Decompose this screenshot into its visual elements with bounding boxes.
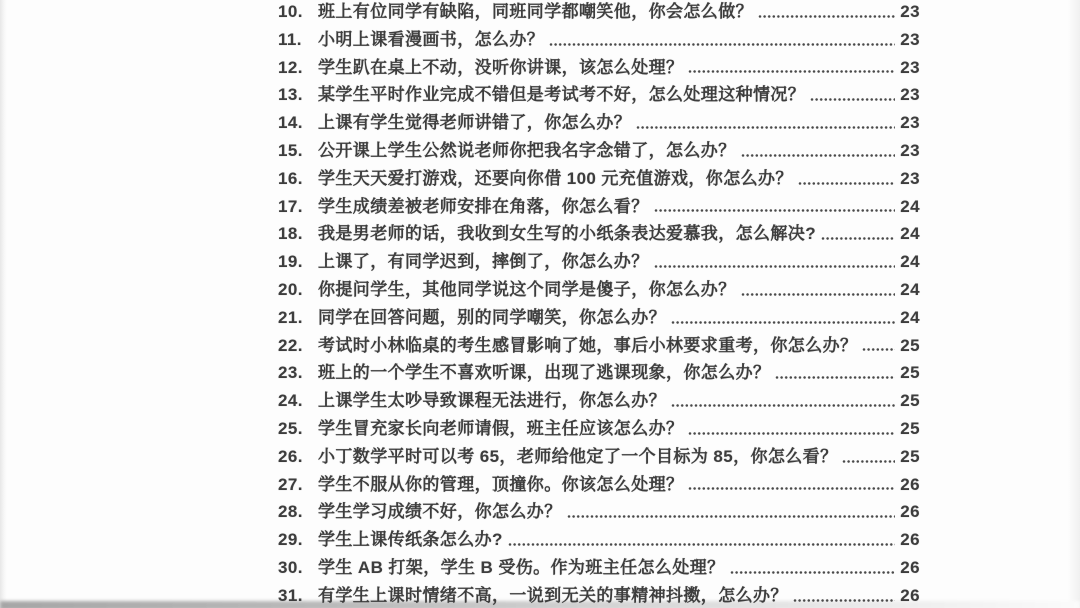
toc-entry-number: 14.	[278, 113, 308, 133]
toc-entry: 29. 学生上课传纸条怎么办? 26	[278, 525, 920, 553]
toc-entry-page-number: 23	[898, 141, 920, 161]
toc-entry-title: 同学在回答问题，别的同学嘲笑，你怎么办？	[318, 303, 666, 328]
toc-entry-title: 我是男老师的话，我收到女生写的小纸条表达爱慕我，怎么解决?	[318, 219, 816, 244]
toc-entry: 16. 学生天天爱打游戏，还要向你借 100 元充值游戏，你怎么办？ 23	[278, 164, 920, 192]
toc-entry-number: 21.	[278, 308, 308, 328]
toc-entry-title: 学生成绩差被老师安排在角落，你怎么看？	[318, 192, 649, 217]
toc-entry-number: 30.	[278, 558, 308, 578]
toc-entry-page-number: 26	[898, 530, 920, 550]
toc-entry: 15. 公开课上学生公然说老师你把我名字念错了，怎么办？ 23	[278, 136, 920, 164]
toc-entry: 17. 学生成绩差被老师安排在角落，你怎么看？ 24	[278, 192, 920, 220]
dot-leader	[671, 404, 895, 407]
dot-leader	[671, 321, 895, 324]
toc-entry-title: 上课了，有同学迟到，摔倒了，你怎么办？	[318, 247, 649, 272]
dot-leader	[549, 43, 895, 46]
toc-entry-title: 上课学生太吵导致课程无法进行，你怎么办？	[318, 386, 666, 411]
toc-entry-page-number: 23	[898, 30, 920, 50]
toc-entry-number: 26.	[278, 447, 308, 467]
toc-entry: 28. 学生学习成绩不好，你怎么办？ 26	[278, 497, 920, 525]
toc-entry-title: 学生天天爱打游戏，还要向你借 100 元充值游戏，你怎么办？	[318, 164, 793, 189]
toc-entry-number: 27.	[278, 475, 308, 495]
toc-entry-page-number: 24	[898, 224, 920, 244]
toc-entry-title: 有学生上课时情绪不高，一说到无关的事精神抖擞，怎么办？	[318, 581, 788, 606]
toc-entry-number: 18.	[278, 224, 308, 244]
dot-leader	[775, 376, 895, 379]
toc-entry: 11. 小明上课看漫画书，怎么办？ 23	[278, 25, 920, 53]
toc-entry: 13. 某学生平时作业完成不错但是考试考不好，怎么处理这种情况？ 23	[278, 80, 920, 108]
toc-entry-number: 13.	[278, 85, 308, 105]
document-page: 10. 班上有位同学有缺陷，同班同学都嘲笑他，你会怎么做？ 23 11. 小明上…	[0, 0, 1080, 608]
toc-entry-page-number: 25	[898, 336, 920, 356]
dot-leader	[810, 98, 895, 101]
toc-entry: 19. 上课了，有同学迟到，摔倒了，你怎么办？ 24	[278, 247, 920, 275]
toc-entry: 21. 同学在回答问题，别的同学嘲笑，你怎么办？ 24	[278, 303, 920, 331]
toc-entry-title: 你提问学生，其他同学说这个同学是傻子，你怎么办？	[318, 275, 736, 300]
dot-leader	[842, 460, 895, 463]
dot-leader	[508, 543, 895, 546]
toc-entry-title: 上课有学生觉得老师讲错了，你怎么办？	[318, 108, 631, 133]
page-left-edge-shadow	[0, 0, 7, 608]
toc-entry: 10. 班上有位同学有缺陷，同班同学都嘲笑他，你会怎么做？ 23	[278, 0, 920, 25]
toc-entry-number: 23.	[278, 363, 308, 383]
toc-entry-title: 班上的一个学生不喜欢听课，出现了逃课现象，你怎么办？	[318, 358, 770, 383]
dot-leader	[688, 487, 895, 490]
toc-entry: 26. 小丁数学平时可以考 65，老师给他定了一个目标为 85，你怎么看？ 25	[278, 442, 920, 470]
toc-entry-number: 12.	[278, 58, 308, 78]
toc-entry-page-number: 26	[898, 558, 920, 578]
toc-entry-title: 考试时小林临桌的考生感冒影响了她，事后小林要求重考，你怎么办？	[318, 331, 857, 356]
dot-leader	[688, 432, 895, 435]
toc-entry-page-number: 23	[898, 58, 920, 78]
toc-entry-page-number: 25	[898, 419, 920, 439]
toc-entry-title: 学生冒充家长向老师请假，班主任应该怎么办？	[318, 414, 683, 439]
toc-entry-page-number: 23	[898, 85, 920, 105]
dot-leader	[758, 15, 895, 18]
toc-entry-number: 10.	[278, 2, 308, 22]
toc-entry-number: 31.	[278, 586, 308, 606]
toc-entry-page-number: 26	[898, 502, 920, 522]
toc-entry-title: 学生 AB 打架，学生 B 受伤。作为班主任怎么处理？	[318, 553, 725, 578]
toc-entry-number: 25.	[278, 419, 308, 439]
toc-entry-page-number: 23	[898, 113, 920, 133]
toc-entry-page-number: 25	[898, 447, 920, 467]
toc-entry-page-number: 26	[898, 586, 920, 606]
toc-entry-page-number: 24	[898, 252, 920, 272]
toc-entry: 23. 班上的一个学生不喜欢听课，出现了逃课现象，你怎么办？ 25	[278, 358, 920, 386]
dot-leader	[654, 265, 895, 268]
toc-entry: 12. 学生趴在桌上不动，没听你讲课，该怎么处理？ 23	[278, 53, 920, 81]
toc-entry: 31. 有学生上课时情绪不高，一说到无关的事精神抖擞，怎么办？ 26	[278, 581, 920, 608]
dot-leader	[654, 209, 895, 212]
toc-entry-title: 某学生平时作业完成不错但是考试考不好，怎么处理这种情况？	[318, 80, 805, 105]
dot-leader	[862, 348, 895, 351]
toc-entry-title: 小丁数学平时可以考 65，老师给他定了一个目标为 85，你怎么看？	[318, 442, 837, 467]
toc-entry: 27. 学生不服从你的管理，顶撞你。你该怎么处理？ 26	[278, 470, 920, 498]
toc-entry-page-number: 26	[898, 475, 920, 495]
toc-entry-page-number: 25	[898, 391, 920, 411]
dot-leader	[741, 154, 895, 157]
toc-entry-page-number: 24	[898, 280, 920, 300]
dot-leader	[688, 70, 895, 73]
toc-entry-number: 11.	[278, 30, 308, 50]
toc-entry-title: 班上有位同学有缺陷，同班同学都嘲笑他，你会怎么做？	[318, 0, 753, 22]
toc-entry-title: 公开课上学生公然说老师你把我名字念错了，怎么办？	[318, 136, 736, 161]
toc-entry: 20. 你提问学生，其他同学说这个同学是傻子，你怎么办？ 24	[278, 275, 920, 303]
toc-entry-page-number: 24	[898, 197, 920, 217]
toc-entry: 14. 上课有学生觉得老师讲错了，你怎么办？ 23	[278, 108, 920, 136]
dot-leader	[741, 293, 895, 296]
toc-entry-page-number: 25	[898, 363, 920, 383]
toc-entry: 24. 上课学生太吵导致课程无法进行，你怎么办？ 25	[278, 386, 920, 414]
dot-leader	[636, 126, 895, 129]
toc-entry-number: 29.	[278, 530, 308, 550]
toc-entry-page-number: 24	[898, 308, 920, 328]
toc-entry: 22. 考试时小林临桌的考生感冒影响了她，事后小林要求重考，你怎么办？ 25	[278, 331, 920, 359]
toc-entry-title: 小明上课看漫画书，怎么办？	[318, 25, 544, 50]
dot-leader	[821, 237, 895, 240]
toc-entry-number: 20.	[278, 280, 308, 300]
toc-list: 10. 班上有位同学有缺陷，同班同学都嘲笑他，你会怎么做？ 23 11. 小明上…	[278, 0, 920, 608]
toc-entry-number: 22.	[278, 336, 308, 356]
toc-entry-title: 学生趴在桌上不动，没听你讲课，该怎么处理？	[318, 53, 683, 78]
page-right-edge-shadow	[1068, 0, 1080, 608]
toc-entry-page-number: 23	[898, 2, 920, 22]
dot-leader	[798, 182, 895, 185]
toc-entry-number: 15.	[278, 141, 308, 161]
dot-leader	[730, 571, 895, 574]
toc-entry-page-number: 23	[898, 169, 920, 189]
toc-entry-title: 学生不服从你的管理，顶撞你。你该怎么处理？	[318, 470, 683, 495]
dot-leader	[793, 599, 895, 602]
toc-entry-number: 28.	[278, 502, 308, 522]
toc-entry-number: 24.	[278, 391, 308, 411]
toc-entry: 25. 学生冒充家长向老师请假，班主任应该怎么办？ 25	[278, 414, 920, 442]
toc-entry-number: 17.	[278, 197, 308, 217]
toc-entry-number: 19.	[278, 252, 308, 272]
toc-entry-number: 16.	[278, 169, 308, 189]
toc-entry: 30. 学生 AB 打架，学生 B 受伤。作为班主任怎么处理？ 26	[278, 553, 920, 581]
toc-entry: 18. 我是男老师的话，我收到女生写的小纸条表达爱慕我，怎么解决? 24	[278, 219, 920, 247]
toc-entry-title: 学生上课传纸条怎么办?	[318, 525, 503, 550]
toc-entry-title: 学生学习成绩不好，你怎么办？	[318, 497, 562, 522]
dot-leader	[567, 515, 895, 518]
